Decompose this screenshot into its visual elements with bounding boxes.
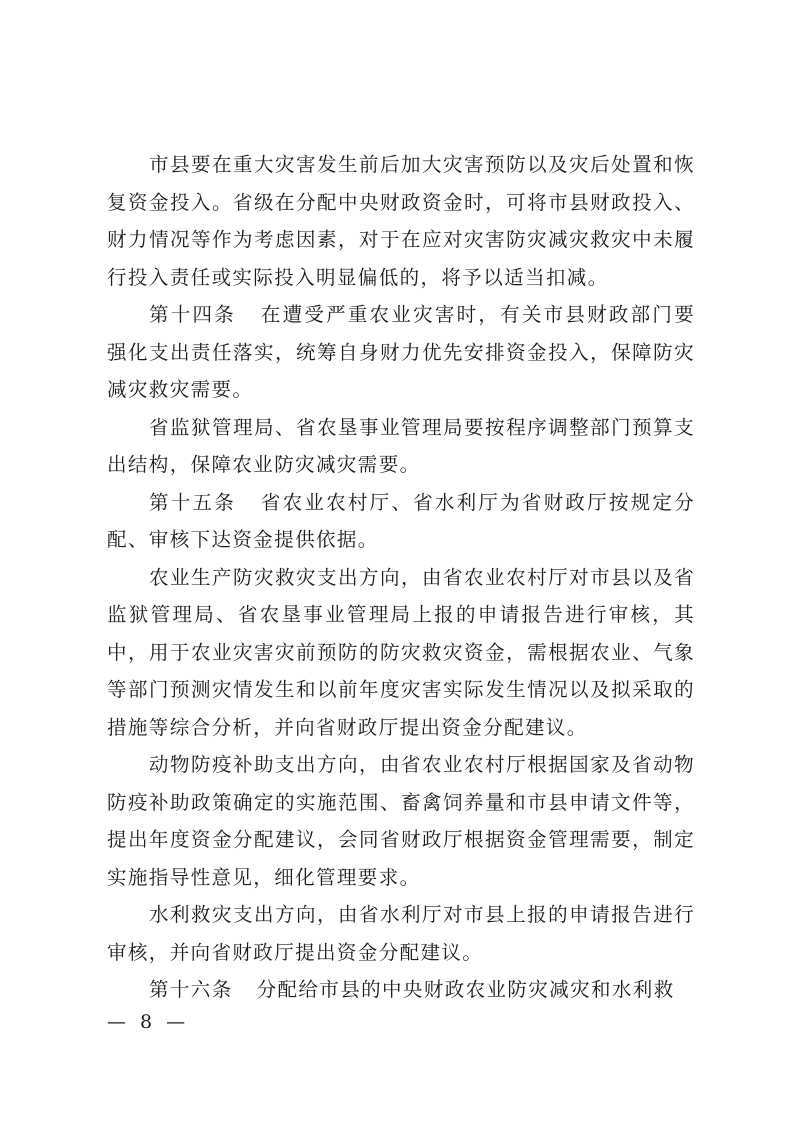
paragraph-text: 水利救灾支出方向，由省水利厅对市县上报的申请报告进行审核，并向省财政厅提出资金分… (107, 903, 695, 964)
paragraph-agri-disaster-expenditure: 农业生产防灾救灾支出方向，由省农业农村厅对市县以及省监狱管理局、省农垦事业管理局… (107, 559, 695, 747)
paragraph-article-16: 第十六条分配给市县的中央财政农业防灾减灾和水利救 (107, 971, 695, 1009)
paragraph-text: 市县要在重大灾害发生前后加大灾害预防以及灾后处置和恢复资金投入。省级在分配中央财… (107, 153, 695, 289)
paragraph-text: 省监狱管理局、省农垦事业管理局要按程序调整部门预算支出结构，保障农业防灾减灾需要… (107, 416, 695, 477)
page-number: — 8 — (107, 1008, 189, 1036)
paragraph-prison-farm-budget: 省监狱管理局、省农垦事业管理局要按程序调整部门预算支出结构，保障农业防灾减灾需要… (107, 409, 695, 484)
paragraph-text: 动物防疫补助支出方向，由省农业农村厅根据国家及省动物防疫补助政策确定的实施范围、… (107, 753, 695, 889)
article-label: 第十五条 (149, 491, 236, 514)
paragraph-article-15: 第十五条省农业农村厅、省水利厅为省财政厅按规定分配、审核下达资金提供依据。 (107, 484, 695, 559)
paragraph-article-14: 第十四条在遭受严重农业灾害时，有关市县财政部门要强化支出责任落实，统筹自身财力优… (107, 296, 695, 409)
paragraph-funding-increase: 市县要在重大灾害发生前后加大灾害预防以及灾后处置和恢复资金投入。省级在分配中央财… (107, 146, 695, 296)
paragraph-text: 分配给市县的中央财政农业防灾减灾和水利救 (257, 978, 675, 1001)
paragraph-animal-epidemic-subsidy: 动物防疫补助支出方向，由省农业农村厅根据国家及省动物防疫补助政策确定的实施范围、… (107, 746, 695, 896)
article-label: 第十四条 (149, 303, 236, 326)
paragraph-water-disaster-relief: 水利救灾支出方向，由省水利厅对市县上报的申请报告进行审核，并向省财政厅提出资金分… (107, 896, 695, 971)
document-page-body: 市县要在重大灾害发生前后加大灾害预防以及灾后处置和恢复资金投入。省级在分配中央财… (107, 146, 695, 1009)
article-label: 第十六条 (149, 978, 233, 1001)
paragraph-text: 农业生产防灾救灾支出方向，由省农业农村厅对市县以及省监狱管理局、省农垦事业管理局… (107, 566, 695, 739)
